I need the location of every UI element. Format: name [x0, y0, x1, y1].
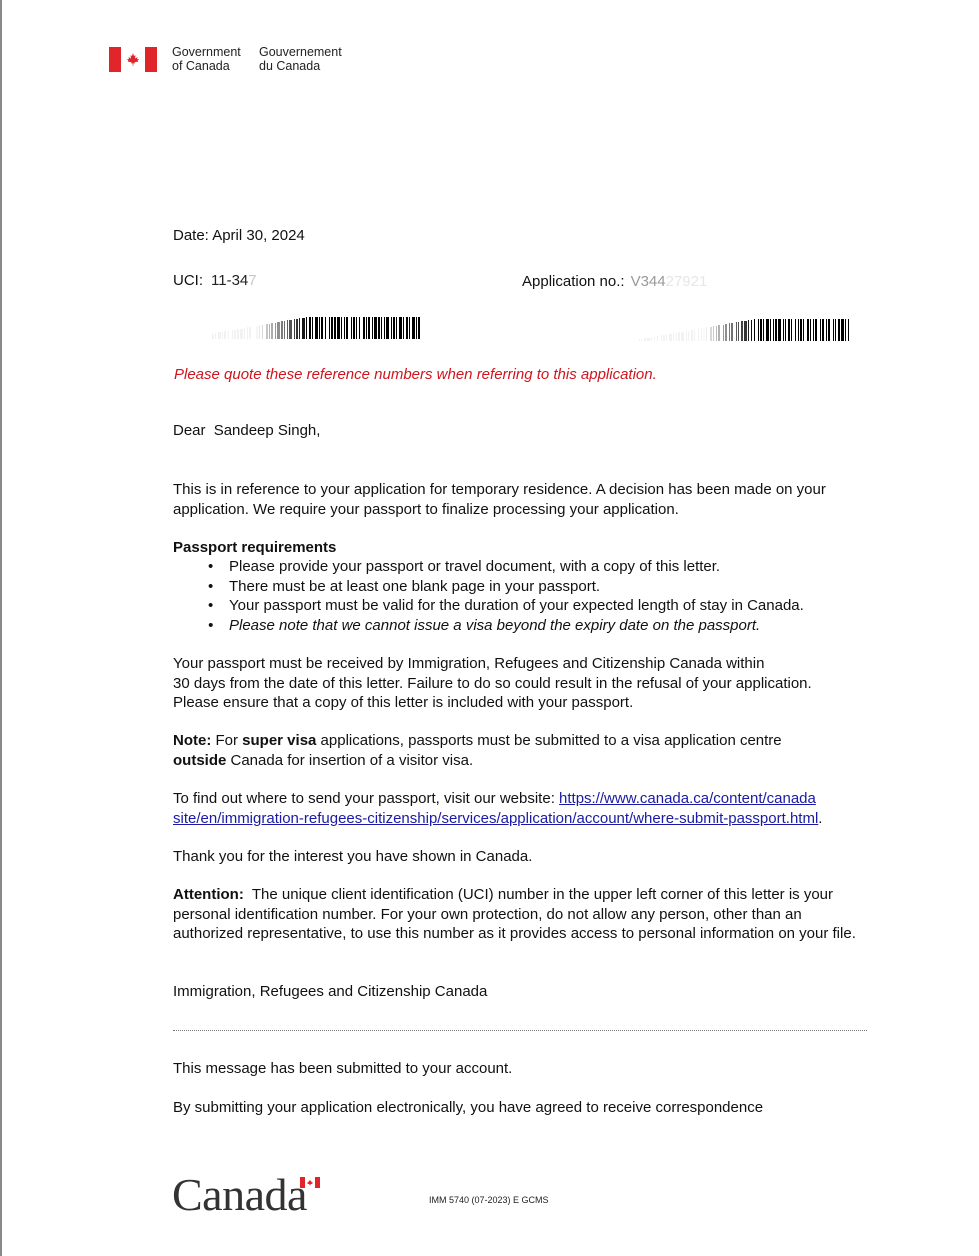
requirement-item: There must be at least one blank page in…: [207, 577, 804, 597]
passport-submission-link-cont[interactable]: site/en/immigration-refugees-citizenship…: [173, 810, 818, 827]
application-barcode: [639, 319, 849, 341]
note-text: applications, passports must be submitte…: [316, 732, 781, 749]
note-text: Canada for insertion of a visitor visa.: [226, 752, 473, 769]
note-text: For: [211, 732, 242, 749]
note-label: Note:: [173, 732, 211, 749]
requirement-item: Please provide your passport or travel d…: [207, 557, 804, 577]
maple-leaf-icon: [306, 1179, 314, 1187]
salutation-word: Dear: [173, 422, 206, 439]
note-bold-outside: outside: [173, 752, 226, 769]
recipient-name: Sandeep Singh,: [214, 422, 321, 439]
deadline-line: Your passport must be received by Immigr…: [173, 654, 873, 674]
government-of-canada-fr: Gouvernement du Canada: [259, 45, 342, 73]
gov-fr-line1: Gouvernement: [259, 45, 342, 59]
uci-barcode: [212, 317, 422, 339]
passport-submission-link[interactable]: https://www.canada.ca/content/canada: [559, 790, 816, 807]
intro-paragraph: This is in reference to your application…: [173, 480, 873, 519]
application-number-row: Application no.:V34427921: [522, 272, 707, 292]
reference-note: Please quote these reference numbers whe…: [174, 366, 657, 383]
application-value: V344: [631, 273, 666, 290]
uci-value-redacted: 7: [248, 272, 256, 289]
requirements-list: Please provide your passport or travel d…: [207, 557, 804, 635]
super-visa-note: Note: For super visa applications, passp…: [173, 731, 873, 770]
deadline-paragraph: Your passport must be received by Immigr…: [173, 654, 873, 713]
maple-leaf-icon: [125, 52, 141, 68]
canada-flag-icon: [109, 47, 157, 72]
electronic-notice: By submitting your application electroni…: [173, 1098, 873, 1118]
note-bold-super-visa: super visa: [242, 732, 316, 749]
website-paragraph: To find out where to send your passport,…: [173, 789, 873, 828]
government-of-canada-en: Government of Canada: [172, 45, 241, 73]
requirement-item: Your passport must be valid for the dura…: [207, 596, 804, 616]
gov-en-line2: of Canada: [172, 59, 241, 73]
application-label: Application no.:: [522, 273, 625, 290]
attention-label: Attention:: [173, 886, 244, 903]
date-value: April 30, 2024: [212, 227, 305, 244]
thanks-paragraph: Thank you for the interest you have show…: [173, 847, 873, 867]
gov-en-line1: Government: [172, 45, 241, 59]
date-label: Date:: [173, 227, 209, 244]
gov-fr-line2: du Canada: [259, 59, 342, 73]
deadline-line: 30 days from the date of this letter. Fa…: [173, 674, 873, 694]
link-suffix: .: [818, 810, 822, 827]
uci-row: UCI:11-347: [173, 271, 257, 291]
submitted-notice: This message has been submitted to your …: [173, 1059, 873, 1079]
date-row: Date: April 30, 2024: [173, 226, 305, 246]
uci-label: UCI:: [173, 272, 203, 289]
canada-wordmark: Canada: [172, 1170, 307, 1220]
website-intro: To find out where to send your passport,…: [173, 790, 559, 807]
attention-paragraph: Attention: The unique client identificat…: [173, 885, 873, 944]
application-value-redacted: 27921: [666, 273, 708, 290]
salutation: Dear Sandeep Singh,: [173, 421, 320, 441]
signature: Immigration, Refugees and Citizenship Ca…: [173, 982, 873, 1002]
uci-value: 11-34: [211, 272, 248, 289]
form-code: IMM 5740 (07-2023) E GCMS: [429, 1195, 549, 1205]
attention-text: The unique client identification (UCI) n…: [173, 886, 856, 942]
requirements-title: Passport requirements: [173, 538, 873, 558]
deadline-line: Please ensure that a copy of this letter…: [173, 693, 873, 713]
wordmark-flag-icon: [300, 1177, 320, 1188]
dotted-divider: [173, 1030, 867, 1031]
requirement-item: Please note that we cannot issue a visa …: [207, 616, 804, 636]
